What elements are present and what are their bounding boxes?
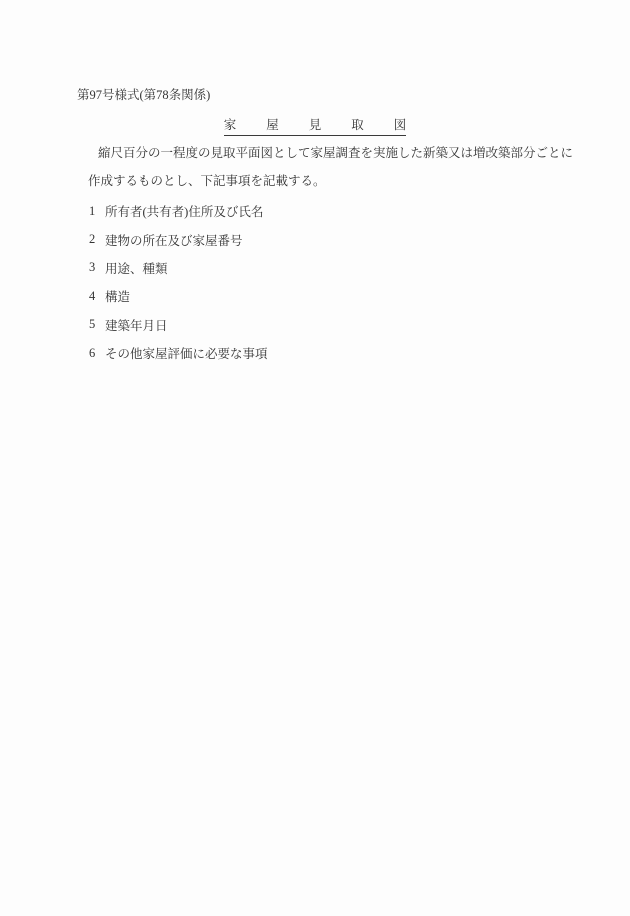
item-text: 用途、種類 xyxy=(105,259,168,277)
item-number: 3 xyxy=(89,260,105,275)
item-text: その他家屋評価に必要な事項 xyxy=(105,344,268,362)
item-text: 構造 xyxy=(105,287,130,305)
item-number: 1 xyxy=(89,204,105,219)
document-page: 第97号様式(第78条関係) 家屋見取図 縮尺百分の一程度の見取平面図として家屋… xyxy=(0,0,630,916)
item-text: 建物の所在及び家屋番号 xyxy=(105,231,243,249)
paragraph-line-1: 縮尺百分の一程度の見取平面図として家屋調査を実施した新築又は増改築部分ごとに xyxy=(88,139,588,167)
document-title: 家屋見取図 xyxy=(224,115,437,133)
item-number: 6 xyxy=(89,346,105,361)
item-number: 4 xyxy=(89,289,105,304)
list-item: 2 建物の所在及び家屋番号 xyxy=(89,225,268,253)
title-underline: 家屋見取図 xyxy=(224,115,407,136)
item-text: 所有者(共有者)住所及び氏名 xyxy=(105,202,263,220)
intro-paragraph: 縮尺百分の一程度の見取平面図として家屋調査を実施した新築又は増改築部分ごとに 作… xyxy=(88,139,588,196)
list-item: 6 その他家屋評価に必要な事項 xyxy=(89,339,268,367)
document-title-row: 家屋見取図 xyxy=(0,115,630,136)
item-number: 5 xyxy=(89,317,105,332)
item-number: 2 xyxy=(89,232,105,247)
list-item: 1 所有者(共有者)住所及び氏名 xyxy=(89,197,268,225)
list-item: 4 構造 xyxy=(89,282,268,310)
numbered-item-list: 1 所有者(共有者)住所及び氏名 2 建物の所在及び家屋番号 3 用途、種類 4… xyxy=(89,197,268,367)
item-text: 建築年月日 xyxy=(105,316,168,334)
paragraph-line-2: 作成するものとし、下記事項を記載する。 xyxy=(88,167,588,195)
form-number: 第97号様式(第78条関係) xyxy=(77,88,210,103)
list-item: 5 建築年月日 xyxy=(89,311,268,339)
list-item: 3 用途、種類 xyxy=(89,254,268,282)
